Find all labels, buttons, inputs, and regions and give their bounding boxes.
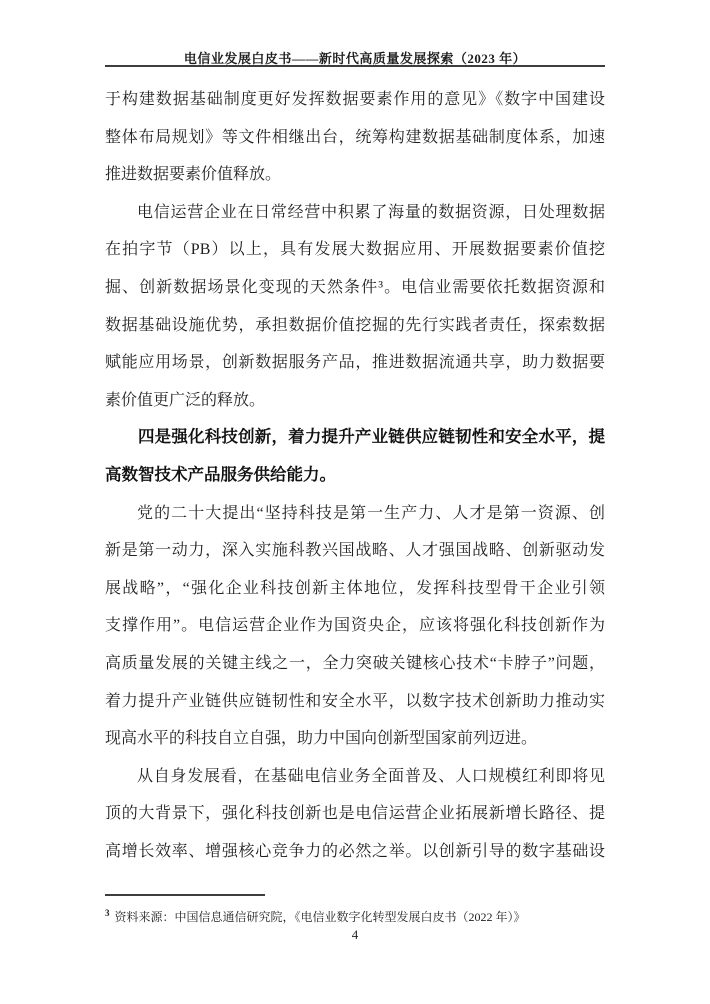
document-page: 电信业发展白皮书——新时代高质量发展探索（2023 年） 于构建数据基础制度更好…	[0, 0, 710, 1004]
text-line: 数据基础设施优势，承担数据价值挖掘的先行实践者责任，探索数据	[105, 307, 605, 345]
text-line: 现高水平的科技自立自强，助力中国向创新型国家前列迈进。	[105, 720, 605, 758]
text-line: 党的二十大提出“坚持科技是第一生产力、人才是第一资源、创	[105, 495, 605, 533]
footnote: 3资料来源：中国信息通信研究院，《电信业数字化转型发展白皮书（2022 年）》	[105, 903, 615, 927]
footnote-text: 资料来源：中国信息通信研究院，《电信业数字化转型发展白皮书（2022 年）》	[115, 910, 526, 924]
text-line: 电信运营企业在日常经营中积累了海量的数据资源，日处理数据	[105, 194, 605, 232]
text-line: 推进数据要素价值释放。	[105, 156, 605, 194]
text-line: 从自身发展看，在基础电信业务全面普及、人口规模红利即将见	[105, 758, 605, 796]
heading-line: 高数智技术产品服务供给能力。	[105, 457, 605, 495]
text-line: 顶的大背景下，强化科技创新也是电信运营企业拓展新增长路径、提	[105, 795, 605, 833]
text-line: 新是第一动力，深入实施科教兴国战略、人才强国战略、创新驱动发	[105, 532, 605, 570]
header-rule	[105, 65, 605, 67]
text-line: 展战略”，“强化企业科技创新主体地位，发挥科技型骨干企业引领	[105, 570, 605, 608]
text-line: 整体布局规划》等文件相继出台，统筹构建数据基础制度体系，加速	[105, 119, 605, 157]
document-body: 于构建数据基础制度更好发挥数据要素作用的意见》《数字中国建设整体布局规划》等文件…	[105, 81, 605, 870]
text-line: 于构建数据基础制度更好发挥数据要素作用的意见》《数字中国建设	[105, 81, 605, 119]
footnote-rule	[105, 894, 265, 896]
text-line: 高增长效率、增强核心竞争力的必然之举。以创新引导的数字基础设	[105, 833, 605, 871]
page-number: 4	[0, 927, 710, 943]
text-line: 支撑作用”。电信运营企业作为国资央企，应该将强化科技创新作为	[105, 607, 605, 645]
text-line: 掘、创新数据场景化变现的天然条件³。电信业需要依托数据资源和	[105, 269, 605, 307]
text-line: 在拍字节（PB）以上，具有发展大数据应用、开展数据要素价值挖	[105, 231, 605, 269]
text-line: 高质量发展的关键主线之一，全力突破关键核心技术“卡脖子”问题，	[105, 645, 605, 683]
heading-line: 四是强化科技创新，着力提升产业链供应链韧性和安全水平，提	[105, 419, 605, 457]
text-line: 素价值更广泛的释放。	[105, 382, 605, 420]
text-line: 着力提升产业链供应链韧性和安全水平，以数字技术创新助力推动实	[105, 683, 605, 721]
text-line: 赋能应用场景，创新数据服务产品，推进数据流通共享，助力数据要	[105, 344, 605, 382]
footnote-marker: 3	[105, 908, 110, 918]
